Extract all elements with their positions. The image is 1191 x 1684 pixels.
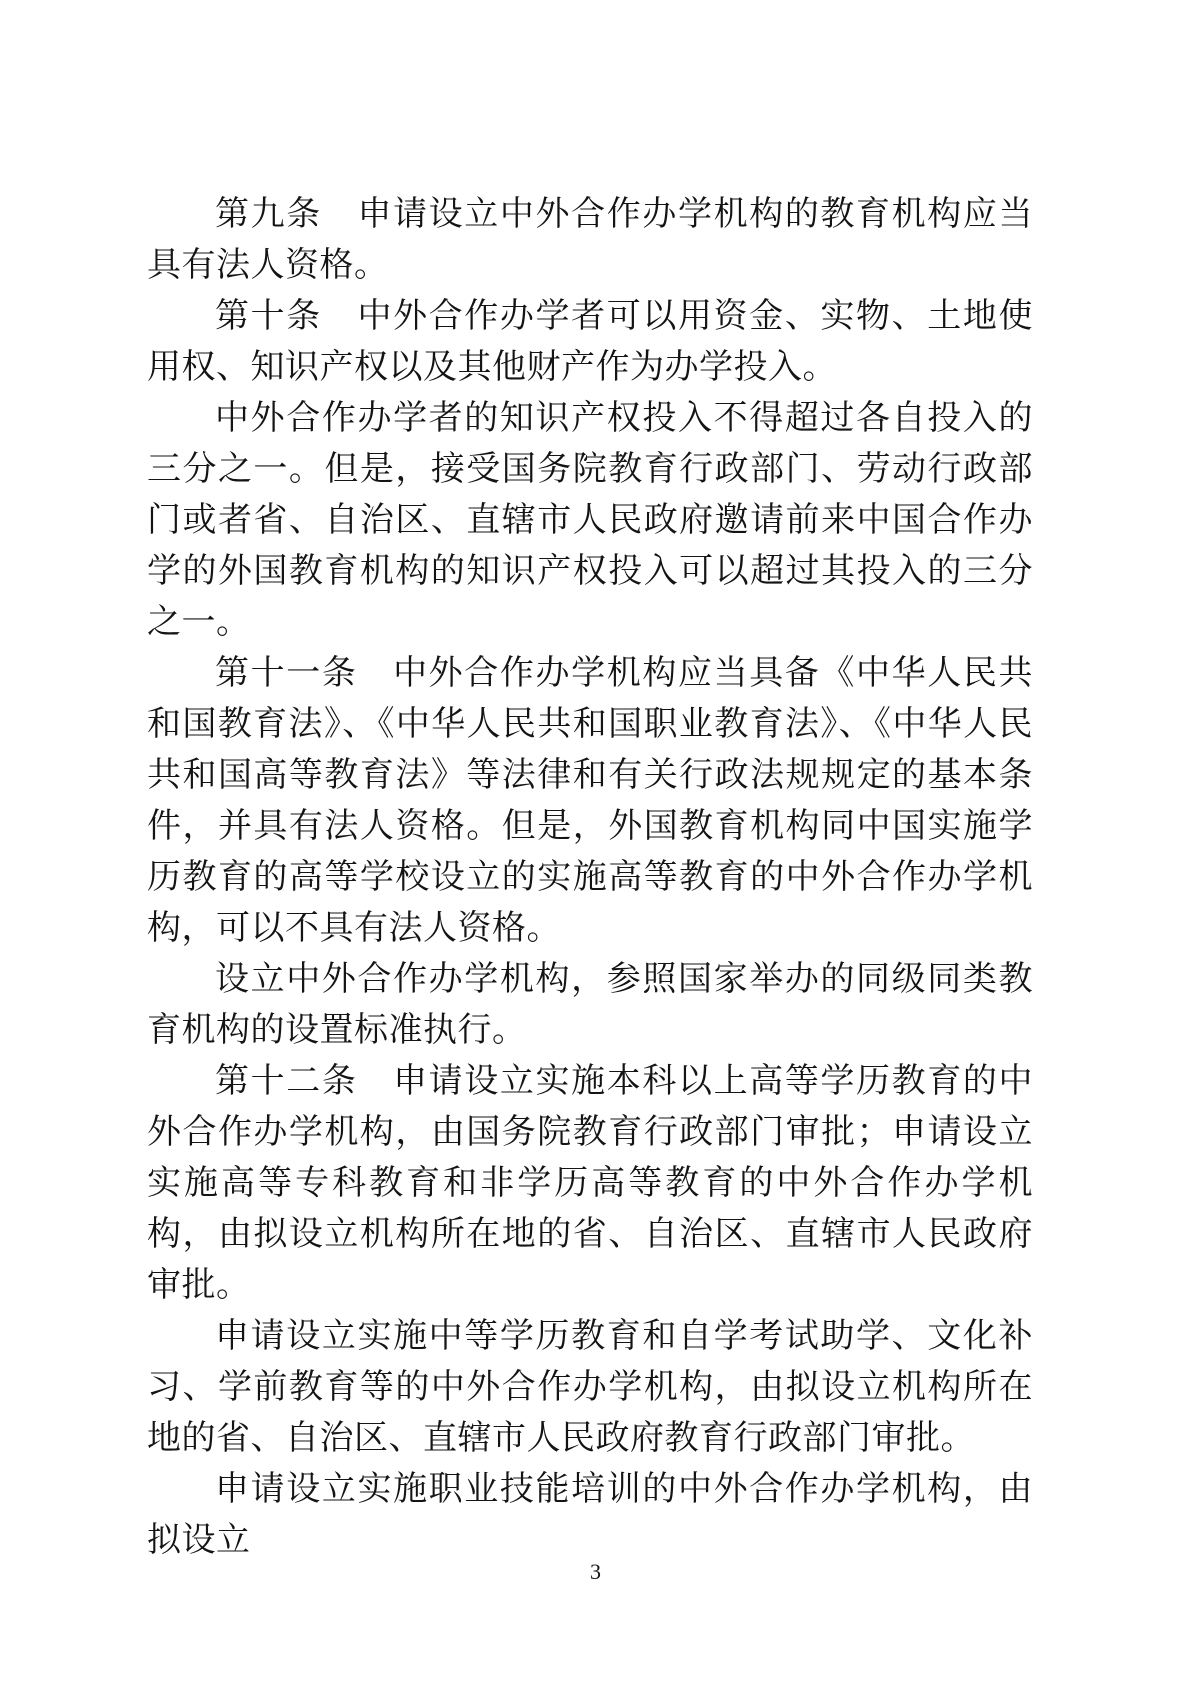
- document-body: 第九条 申请设立中外合作办学机构的教育机构应当具有法人资格。 第十条 中外合作办…: [147, 189, 1033, 1566]
- paragraph-article-11: 第十一条 中外合作办学机构应当具备《中华人民共和国教育法》、《中华人民共和国职业…: [147, 648, 1033, 954]
- paragraph-article-10-clause-2: 中外合作办学者的知识产权投入不得超过各自投入的三分之一。但是，接受国务院教育行政…: [147, 393, 1033, 648]
- paragraph-article-11-clause-2: 设立中外合作办学机构，参照国家举办的同级同类教育机构的设置标准执行。: [147, 954, 1033, 1056]
- paragraph-article-12-clause-2: 申请设立实施中等学历教育和自学考试助学、文化补习、学前教育等的中外合作办学机构，…: [147, 1311, 1033, 1464]
- page-number: 3: [0, 1558, 1191, 1586]
- paragraph-article-10: 第十条 中外合作办学者可以用资金、实物、土地使用权、知识产权以及其他财产作为办学…: [147, 291, 1033, 393]
- document-page: 第九条 申请设立中外合作办学机构的教育机构应当具有法人资格。 第十条 中外合作办…: [0, 0, 1191, 1684]
- paragraph-article-12-clause-3: 申请设立实施职业技能培训的中外合作办学机构，由拟设立: [147, 1464, 1033, 1566]
- paragraph-article-12: 第十二条 申请设立实施本科以上高等学历教育的中外合作办学机构，由国务院教育行政部…: [147, 1056, 1033, 1311]
- paragraph-article-9: 第九条 申请设立中外合作办学机构的教育机构应当具有法人资格。: [147, 189, 1033, 291]
